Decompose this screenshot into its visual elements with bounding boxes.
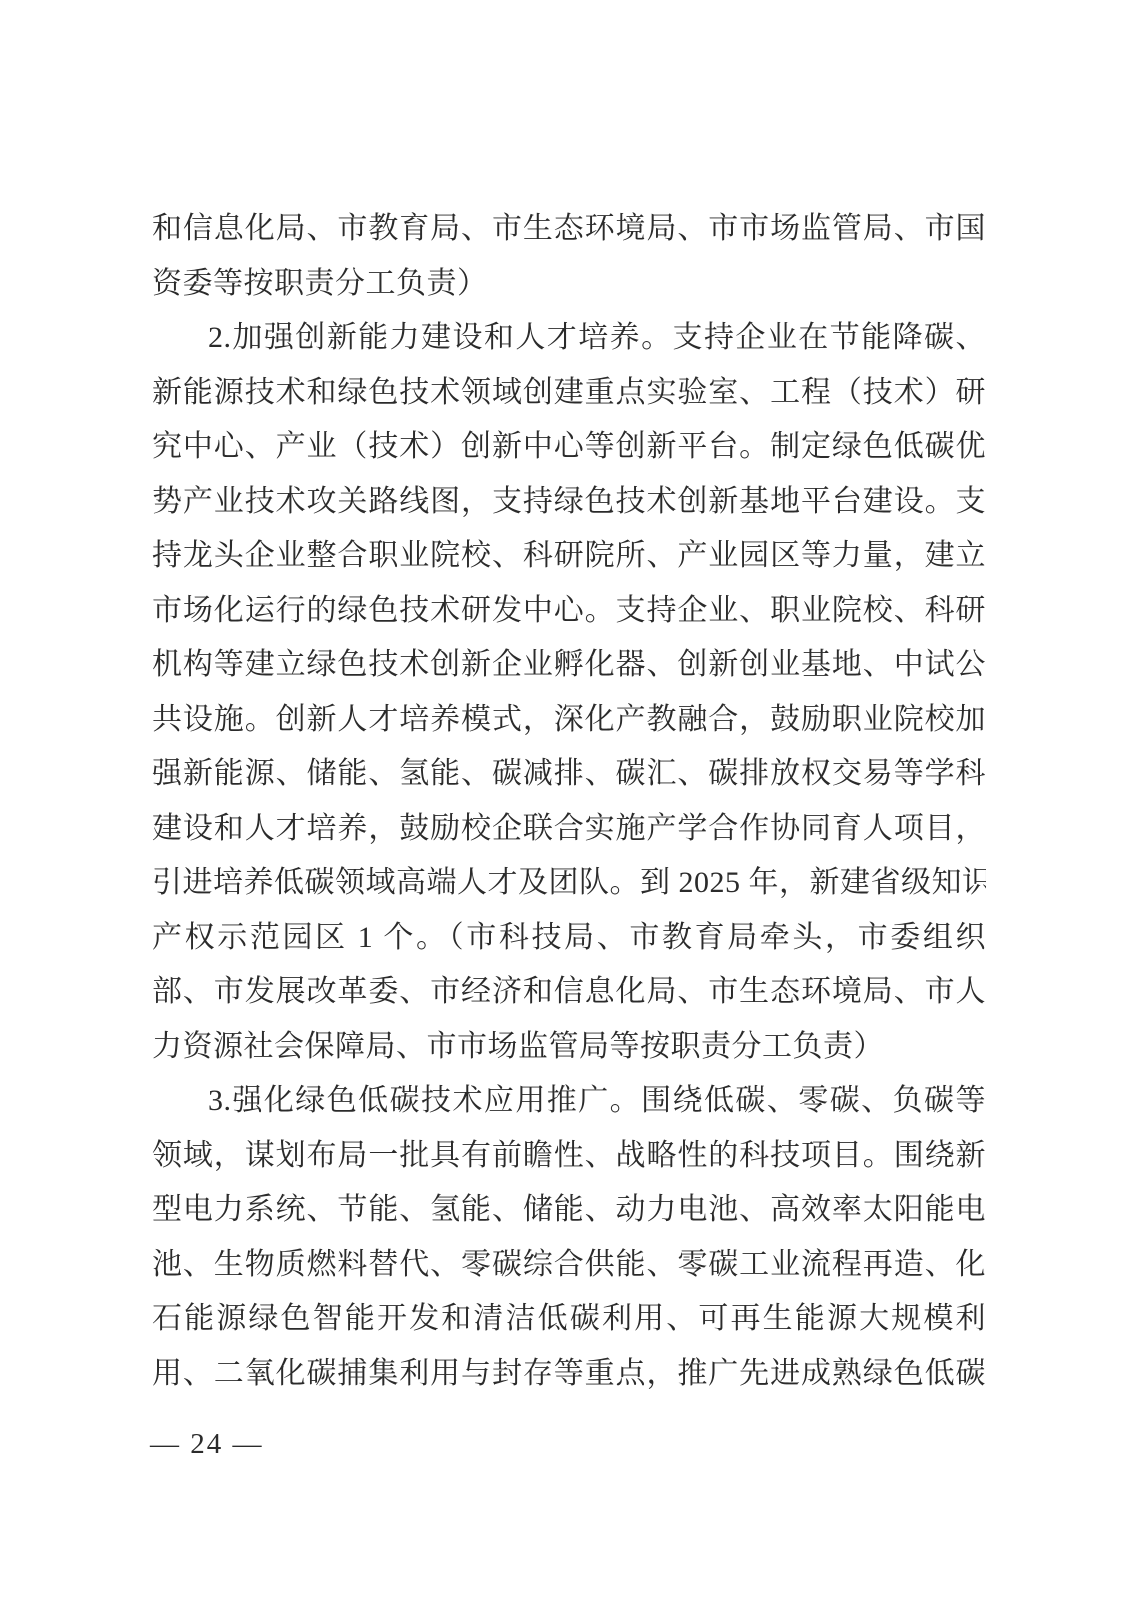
text-line: 领域，谋划布局一批具有前瞻性、战略性的科技项目。围绕新 xyxy=(152,1129,986,1184)
text-line: 建设和人才培养，鼓励校企联合实施产学合作协同育人项目， xyxy=(152,802,986,857)
text-line: 产权示范园区 1 个。（市科技局、市教育局牵头，市委组织 xyxy=(152,911,986,966)
text-line: 石能源绿色智能开发和清洁低碳利用、可再生能源大规模利 xyxy=(152,1292,986,1347)
text-line: 市场化运行的绿色技术研发中心。支持企业、职业院校、科研 xyxy=(152,584,986,639)
text-line: 引进培养低碳领域高端人才及团队。到 2025 年，新建省级知识 xyxy=(152,856,986,911)
text-line: 强新能源、储能、氢能、碳减排、碳汇、碳排放权交易等学科 xyxy=(152,747,986,802)
text-line: 持龙头企业整合职业院校、科研院所、产业园区等力量，建立 xyxy=(152,529,986,584)
text-line: 3.强化绿色低碳技术应用推广。围绕低碳、零碳、负碳等 xyxy=(152,1074,986,1129)
text-line: 用、二氧化碳捕集利用与封存等重点，推广先进成熟绿色低碳 xyxy=(152,1347,986,1402)
text-line: 新能源技术和绿色技术领域创建重点实验室、工程（技术）研 xyxy=(152,366,986,421)
text-line: 势产业技术攻关路线图，支持绿色技术创新基地平台建设。支 xyxy=(152,475,986,530)
text-line: 机构等建立绿色技术创新企业孵化器、创新创业基地、中试公 xyxy=(152,638,986,693)
text-line: 部、市发展改革委、市经济和信息化局、市生态环境局、市人 xyxy=(152,965,986,1020)
text-line: 和信息化局、市教育局、市生态环境局、市市场监管局、市国 xyxy=(152,202,986,257)
text-line: 究中心、产业（技术）创新中心等创新平台。制定绿色低碳优 xyxy=(152,420,986,475)
text-line: 力资源社会保障局、市市场监管局等按职责分工负责） xyxy=(152,1020,986,1075)
document-page: 和信息化局、市教育局、市生态环境局、市市场监管局、市国资委等按职责分工负责）2.… xyxy=(0,0,1131,1600)
text-line: 资委等按职责分工负责） xyxy=(152,257,986,312)
document-body: 和信息化局、市教育局、市生态环境局、市市场监管局、市国资委等按职责分工负责）2.… xyxy=(152,202,986,1401)
text-line: 共设施。创新人才培养模式，深化产教融合，鼓励职业院校加 xyxy=(152,693,986,748)
page-number-label: — 24 — xyxy=(150,1428,264,1460)
page-footer: — 24 — xyxy=(150,1428,264,1461)
text-line: 型电力系统、节能、氢能、储能、动力电池、高效率太阳能电 xyxy=(152,1183,986,1238)
text-line: 池、生物质燃料替代、零碳综合供能、零碳工业流程再造、化 xyxy=(152,1238,986,1293)
text-line: 2.加强创新能力建设和人才培养。支持企业在节能降碳、 xyxy=(152,311,986,366)
